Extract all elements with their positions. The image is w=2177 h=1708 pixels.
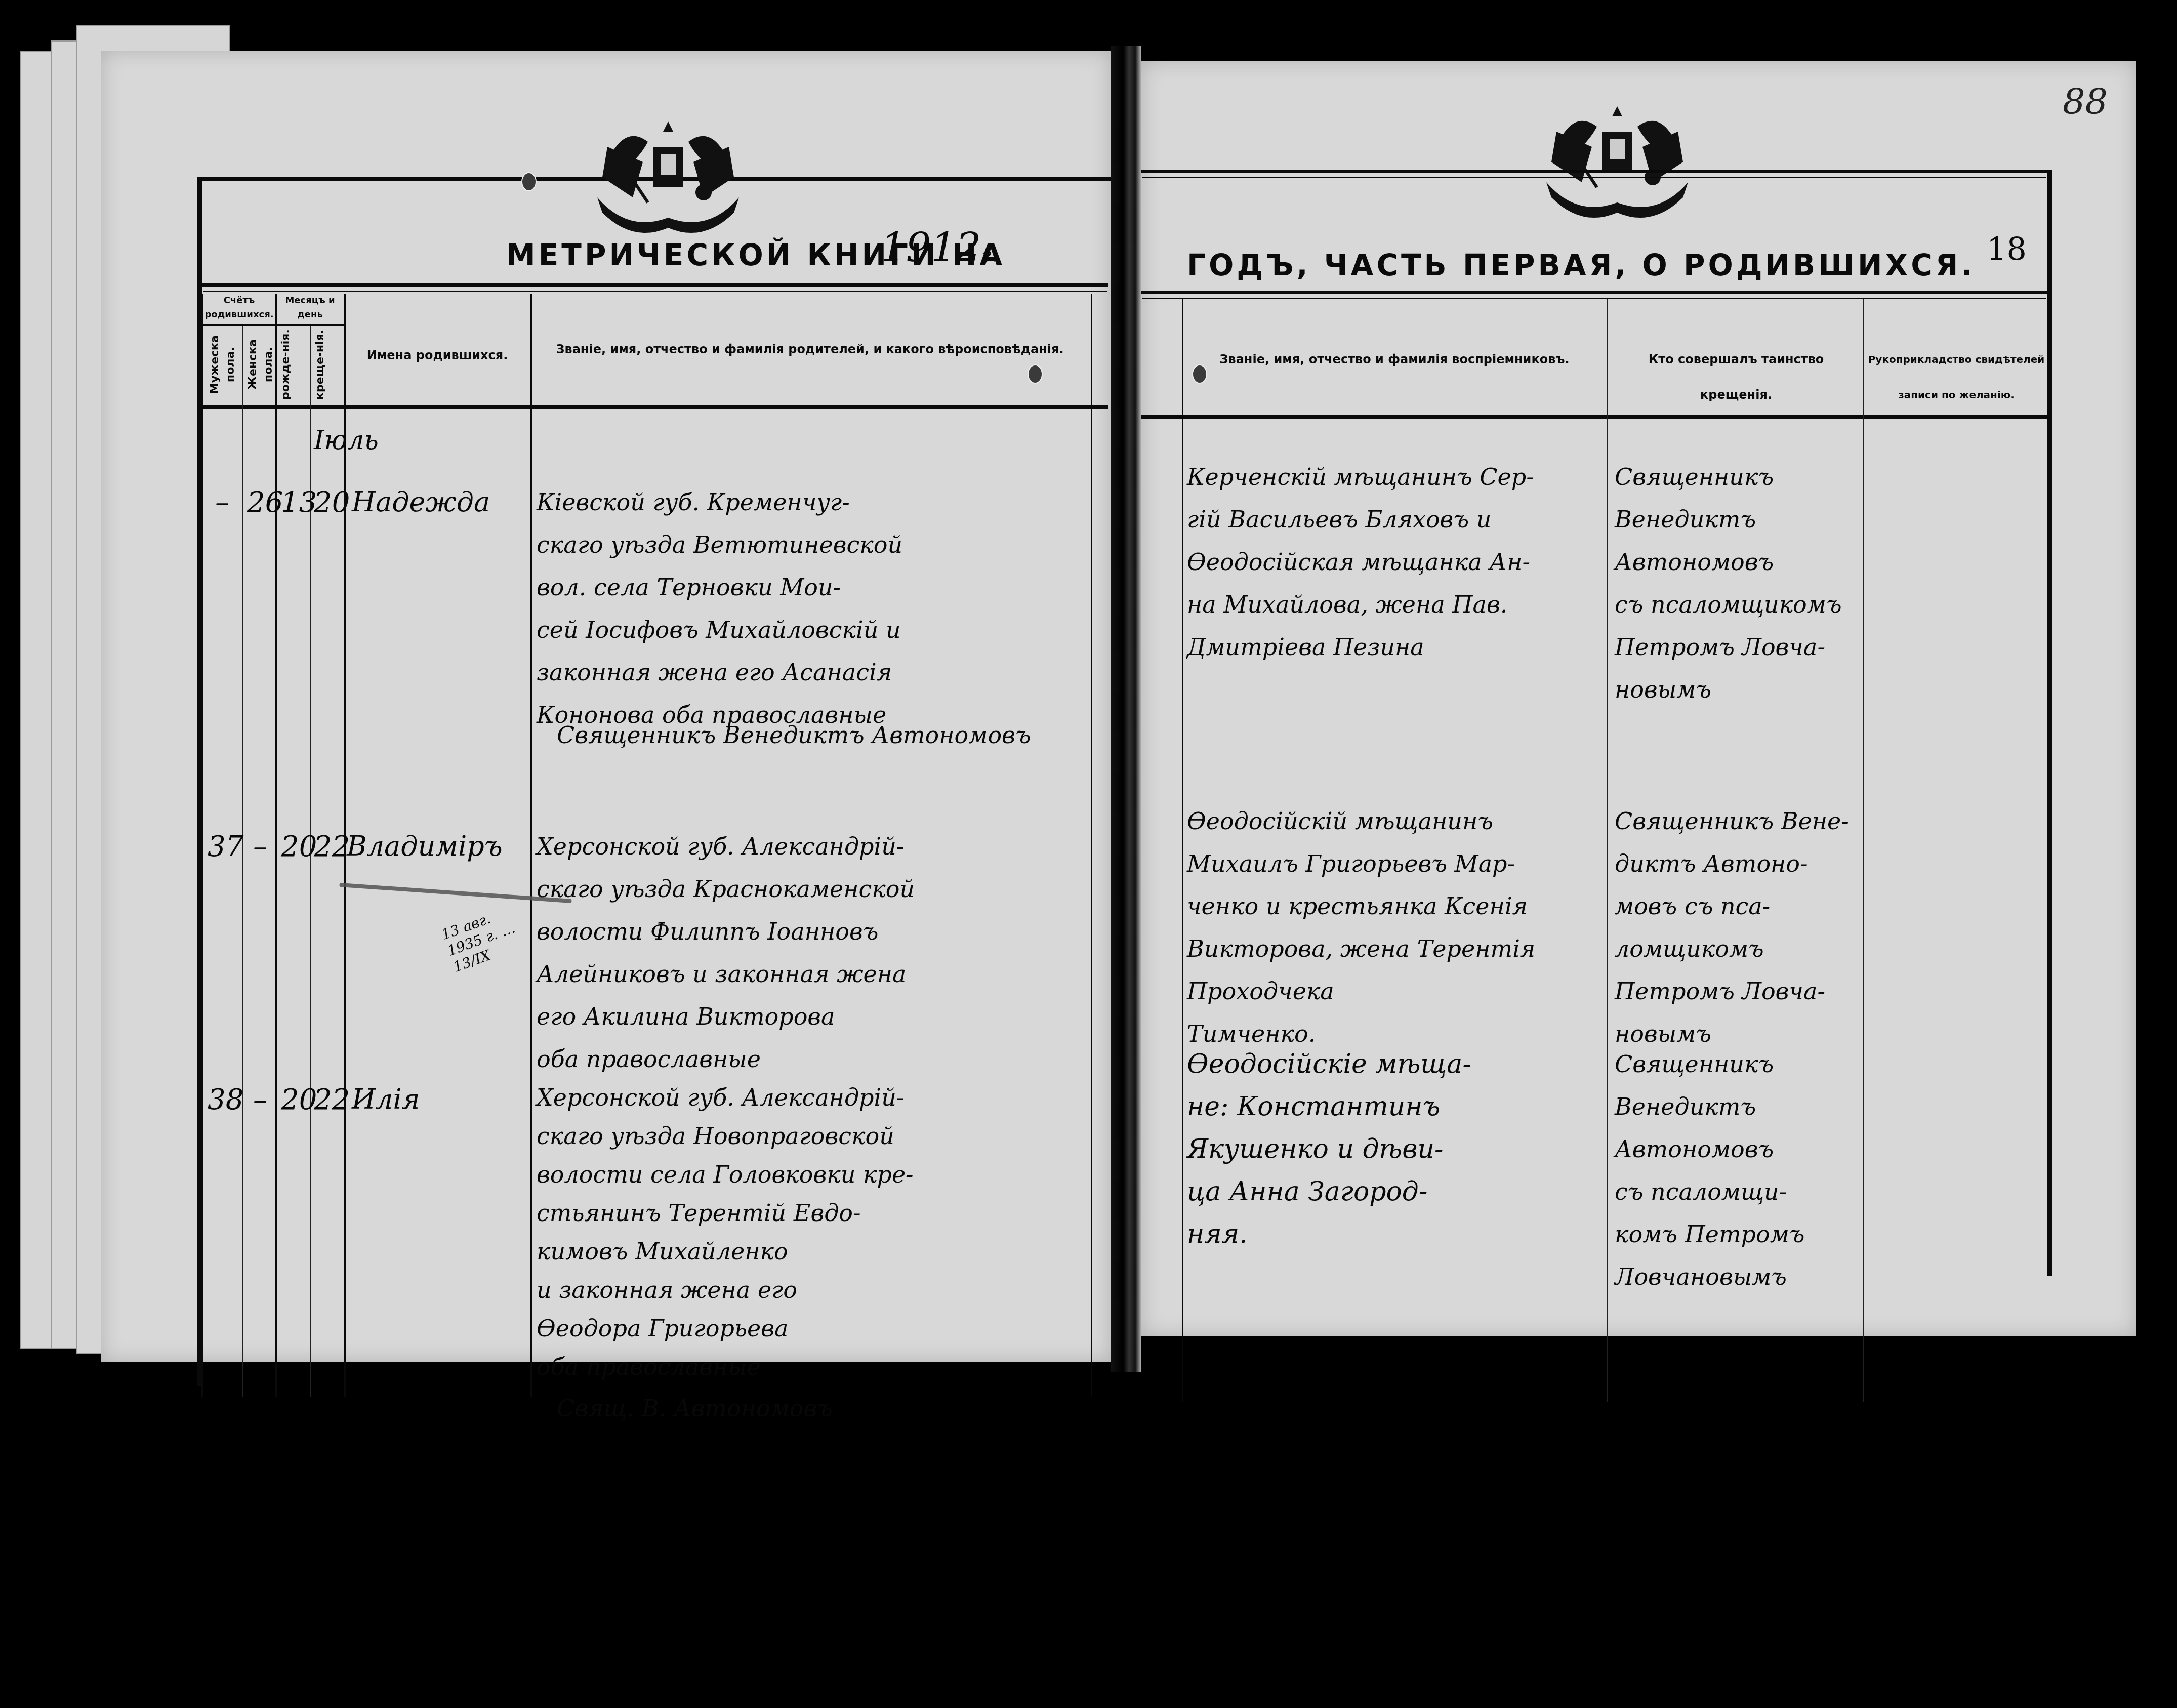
double-headed-eagle-crest-icon <box>587 111 749 243</box>
godparents-text: Ѳеодосійскіе мѣща- не: Константинъ Якуше… <box>1187 1043 1607 1255</box>
priest-signature: Свящ. В. Автономовъ <box>557 1387 833 1430</box>
col-header-godparents: Званіе, имя, отчество и фамилія воспріем… <box>1192 342 1597 377</box>
year-value: 1912 <box>881 225 981 271</box>
col-header-performed-by: Кто совершалъ таинство крещенія. <box>1615 342 1858 413</box>
male-number: 37 <box>208 830 243 863</box>
child-name: Надежда <box>352 481 490 523</box>
col-line <box>1091 294 1092 1397</box>
register-title-right: ГОДЪ, ЧАСТЬ ПЕРВАЯ, О РОДИВШИХСЯ. <box>1187 248 1975 282</box>
child-name: Илія <box>352 1078 420 1121</box>
frame-top-rule <box>1141 170 2047 173</box>
folio-number: 88 <box>2063 81 2108 123</box>
baptism-day: 20 <box>314 486 350 519</box>
subheader-rule <box>276 324 344 326</box>
col-header-male: Мужеска пола. <box>208 329 238 400</box>
col-line <box>275 294 277 1397</box>
priest-signature: Священникъ Венедиктъ Автономовъ <box>557 714 1031 756</box>
female-number: 26 <box>247 486 283 519</box>
col-line <box>1863 299 1864 1402</box>
binding-hole <box>521 172 537 191</box>
header-double-rule <box>202 283 1108 287</box>
col-line <box>1607 299 1608 1402</box>
performed-by-text: Священникъ Вене- диктъ Автоно- мовъ съ п… <box>1615 800 1858 1055</box>
col-header-names: Имена родившихся. <box>344 344 530 368</box>
birth-day: 20 <box>281 830 317 863</box>
parents-text: Херсонской губ. Александрій- скаго уѣзда… <box>537 825 1088 1080</box>
female-number: – <box>253 830 267 863</box>
header-bottom-rule <box>1141 415 2047 419</box>
godparents-text: Ѳеодосійскій мѣщанинъ Михаилъ Григорьевъ… <box>1187 800 1607 1055</box>
col-header-birth: рожде-нія. <box>278 329 308 400</box>
baptism-day: 22 <box>314 1083 350 1116</box>
male-number: – <box>215 486 229 519</box>
col-header-female: Женска пола. <box>245 329 273 400</box>
parents-text: Кіевской губ. Кременчуг- скаго уѣзда Вет… <box>537 481 1088 736</box>
godparents-text: Керченскій мѣщанинъ Сер- гій Васильевъ Б… <box>1187 456 1607 668</box>
performed-by-text: Священникъ Венедиктъ Автономовъ съ псало… <box>1615 1043 1858 1298</box>
col-header-witnesses: Рукоприкладство свидѣтелей записи по жел… <box>1868 342 2045 413</box>
double-headed-eagle-crest-icon <box>1536 96 1698 228</box>
left-page: МЕТРИЧЕСКОЙ КНИГИ НА 1912г. Счётъ родивш… <box>101 51 1111 1362</box>
header-bottom-rule <box>202 405 1108 409</box>
col-header-baptism: креще-нія. <box>313 329 342 400</box>
month-note: Іюль <box>314 425 379 456</box>
birth-day: 20 <box>281 1083 317 1116</box>
header-double-rule <box>1141 291 2047 294</box>
binding-hole <box>1192 364 1207 384</box>
page-number: 18 <box>1987 230 2027 267</box>
female-number: – <box>253 1083 267 1116</box>
binding-hole <box>1028 364 1043 384</box>
year-suffix: г. <box>981 243 998 266</box>
male-number: 38 <box>208 1083 243 1116</box>
subheader-rule <box>202 324 276 326</box>
child-name: Владиміръ <box>347 825 503 868</box>
baptism-day: 22 <box>314 830 350 863</box>
col-line <box>530 294 532 1397</box>
birth-day: 13 <box>281 486 317 519</box>
performed-by-text: Священникъ Венедиктъ Автономовъ съ псало… <box>1615 456 1858 711</box>
col-header-count: Счётъ родившихся. <box>202 294 276 322</box>
col-line <box>201 294 203 1397</box>
col-header-month-day: Месяцъ и день <box>276 294 344 322</box>
frame-right-rule <box>2047 170 2052 1276</box>
col-header-parents: Званіе, имя, отчество и фамилія родителе… <box>542 332 1078 367</box>
year-handwritten: 1912г. <box>881 225 998 271</box>
col-line <box>1182 299 1183 1402</box>
parents-text: Херсонской губ. Александрій- скаго уѣзда… <box>537 1078 1088 1386</box>
book-spine <box>1111 46 1141 1372</box>
right-page: 88 ГОДЪ, ЧАСТЬ ПЕРВАЯ, О РОДИВШИХСЯ. 18 … <box>1141 61 2136 1336</box>
